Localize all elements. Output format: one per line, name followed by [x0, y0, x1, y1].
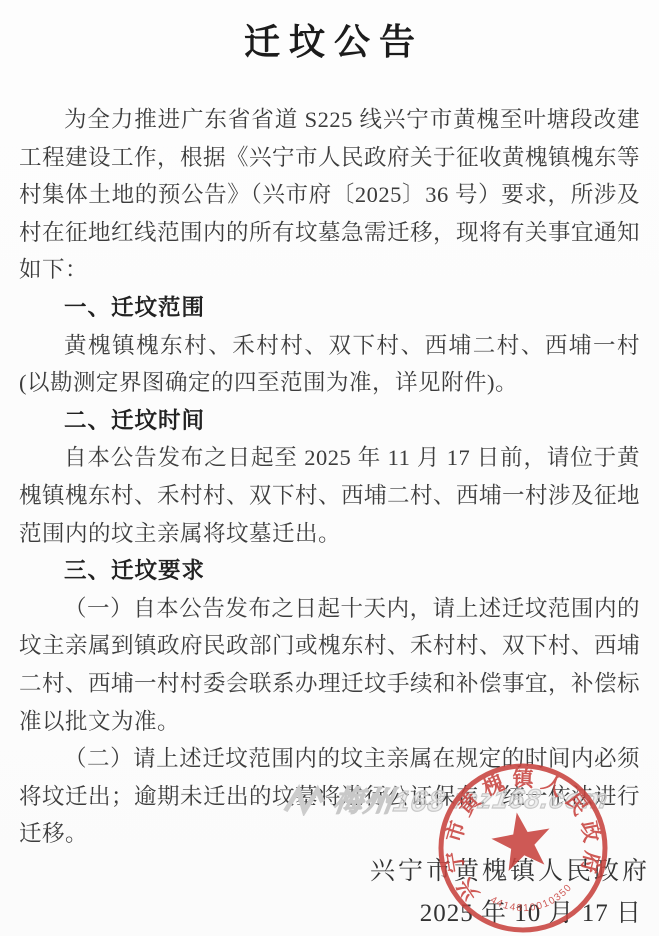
section-3-item-1: （一）自本公告发布之日起十天内，请上述迁坟范围内的坟主亲属到镇政府民政部门或槐东… — [19, 590, 640, 740]
document-title: 迁坟公告 — [0, 14, 659, 65]
section-3-heading: 三、迁坟要求 — [19, 552, 640, 590]
intro-paragraph: 为全力推进广东省省道 S225 线兴宁市黄槐至叶塘段改建工程建设工作，根据《兴宁… — [19, 101, 640, 289]
section-2-body: 自本公告发布之日起至 2025 年 11 月 17 日前，请位于黄槐镇槐东村、禾… — [19, 439, 640, 552]
signature-block: 兴宁市黄槐镇人民政府 2025 年 10 月 17 日 — [0, 851, 659, 929]
section-3-item-2: （二）请上述迁坟范围内的坟主亲属在规定的时间内必须将坟迁出；逾期未迁出的坟墓将进… — [19, 740, 640, 853]
issuing-authority: 兴宁市黄槐镇人民政府 — [0, 851, 659, 887]
scanned-notice-document: 迁坟公告 为全力推进广东省省道 S225 线兴宁市黄槐至叶塘段改建工程建设工作，… — [0, 0, 659, 936]
issue-date: 2025 年 10 月 17 日 — [0, 893, 659, 929]
document-body: 为全力推进广东省省道 S225 线兴宁市黄槐至叶塘段改建工程建设工作，根据《兴宁… — [19, 101, 640, 853]
section-1-body: 黄槐镇槐东村、禾村村、双下村、西埔二村、西埔一村(以勘测定界图确定的四至范围为准… — [19, 327, 640, 402]
section-2-heading: 二、迁坟时间 — [19, 402, 640, 440]
section-1-heading: 一、迁坟范围 — [19, 289, 640, 327]
